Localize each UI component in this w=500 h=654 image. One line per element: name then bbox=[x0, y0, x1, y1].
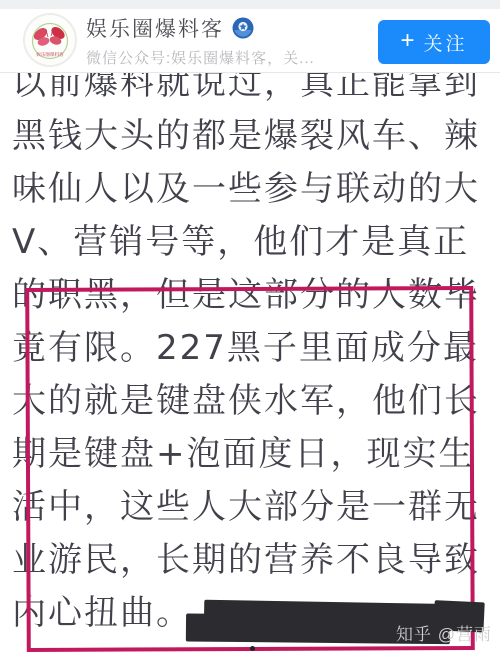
profile-header: 娱乐圈爆料客 娱乐圈爆料客 微信公众号:娱乐圈爆料客，关... + 关注 bbox=[0, 9, 500, 72]
avatar-text: 娱乐圈爆料客 bbox=[36, 51, 64, 58]
follow-button[interactable]: + 关注 bbox=[378, 20, 490, 64]
body-text: 以前爆料就说过，真正能拿到黑钱大头的都是爆裂风车、辣味仙人以及一些参与联动的大V… bbox=[0, 73, 500, 654]
body-text-line: 业游民，长期的营养不良导致 bbox=[0, 534, 500, 587]
body-text-line: 黑钱大头的都是爆裂风车、辣 bbox=[0, 110, 500, 163]
body-text-line: 以前爆料就说过，真正能拿到 bbox=[0, 73, 500, 110]
follow-button-label: 关注 bbox=[424, 29, 468, 56]
body-text-line: 竟有限。227黑子里面成分最 bbox=[0, 322, 500, 375]
plus-icon: + bbox=[400, 29, 414, 53]
zhihu-watermark: 知乎 @营雨 bbox=[396, 620, 492, 645]
name-row: 娱乐圈爆料客 bbox=[86, 15, 254, 41]
body-text-line: 味仙人以及一些参与联动的大 bbox=[0, 163, 500, 216]
body-text-line: 大的就是键盘侠水军，他们长 bbox=[0, 375, 500, 428]
avatar[interactable]: 娱乐圈爆料客 bbox=[24, 14, 76, 66]
account-subtitle: 微信公众号:娱乐圈爆料客，关... bbox=[86, 47, 315, 68]
top-edge-strip bbox=[0, 0, 500, 9]
post-screenshot: 娱乐圈爆料客 娱乐圈爆料客 微信公众号:娱乐圈爆料客，关... + 关注 以前爆… bbox=[0, 0, 500, 654]
body-text-line: 期是键盘+泡面度日，现实生 bbox=[0, 428, 500, 481]
body-text-line: 活中，这些人大部分是一群无 bbox=[0, 481, 500, 534]
ink-dot bbox=[250, 646, 255, 651]
body-text-line: 的职黑，但是这部分的人数毕 bbox=[0, 269, 500, 322]
verified-badge-icon bbox=[232, 17, 254, 39]
body-text-line: V、营销号等，他们才是真正 bbox=[0, 216, 500, 269]
username[interactable]: 娱乐圈爆料客 bbox=[86, 13, 224, 43]
